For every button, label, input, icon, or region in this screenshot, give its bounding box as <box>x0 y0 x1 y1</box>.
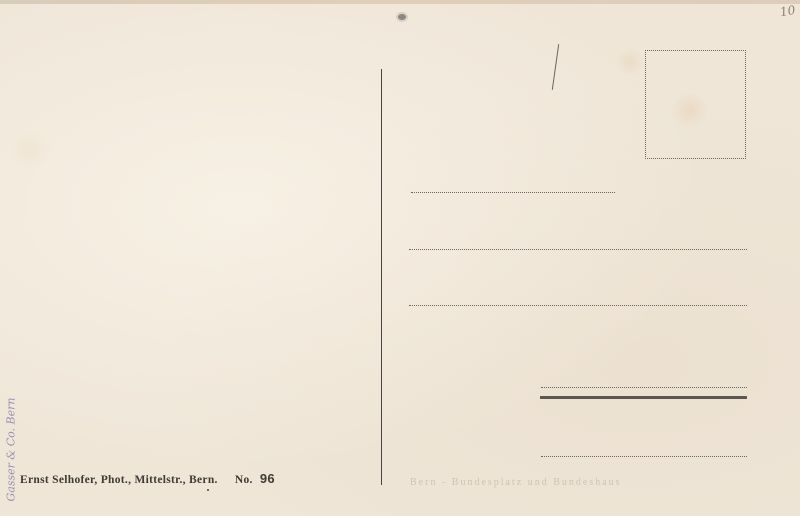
bleed-through-text: Bern - Bundesplatz und Bundeshaus <box>410 477 622 488</box>
vertical-divider <box>381 69 382 485</box>
top-edge-wear <box>0 0 800 4</box>
address-line-1 <box>411 192 615 193</box>
address-line-5 <box>541 456 747 457</box>
address-line-3 <box>409 305 747 306</box>
address-solid-rule <box>540 396 747 399</box>
handwritten-side-note: Gasser & Co. Bern <box>5 392 18 502</box>
handwritten-corner-note: 10 <box>779 3 796 19</box>
stamp-placeholder-box <box>645 50 746 159</box>
ink-dot <box>207 489 209 491</box>
card-number: 96 <box>260 471 275 486</box>
postcard-back: 10 Gasser & Co. Bern Bern - Bundesplatz … <box>0 0 800 516</box>
card-number-label: No. <box>235 474 253 486</box>
address-line-2 <box>409 249 747 250</box>
scratch-mark <box>552 44 559 90</box>
pin-hole-mark <box>398 14 406 20</box>
address-line-4 <box>541 387 747 388</box>
publisher-imprint: Ernst Selhofer, Phot., Mittelstr., Bern.… <box>20 471 275 486</box>
publisher-name: Ernst Selhofer, Phot., Mittelstr., Bern. <box>20 474 218 486</box>
